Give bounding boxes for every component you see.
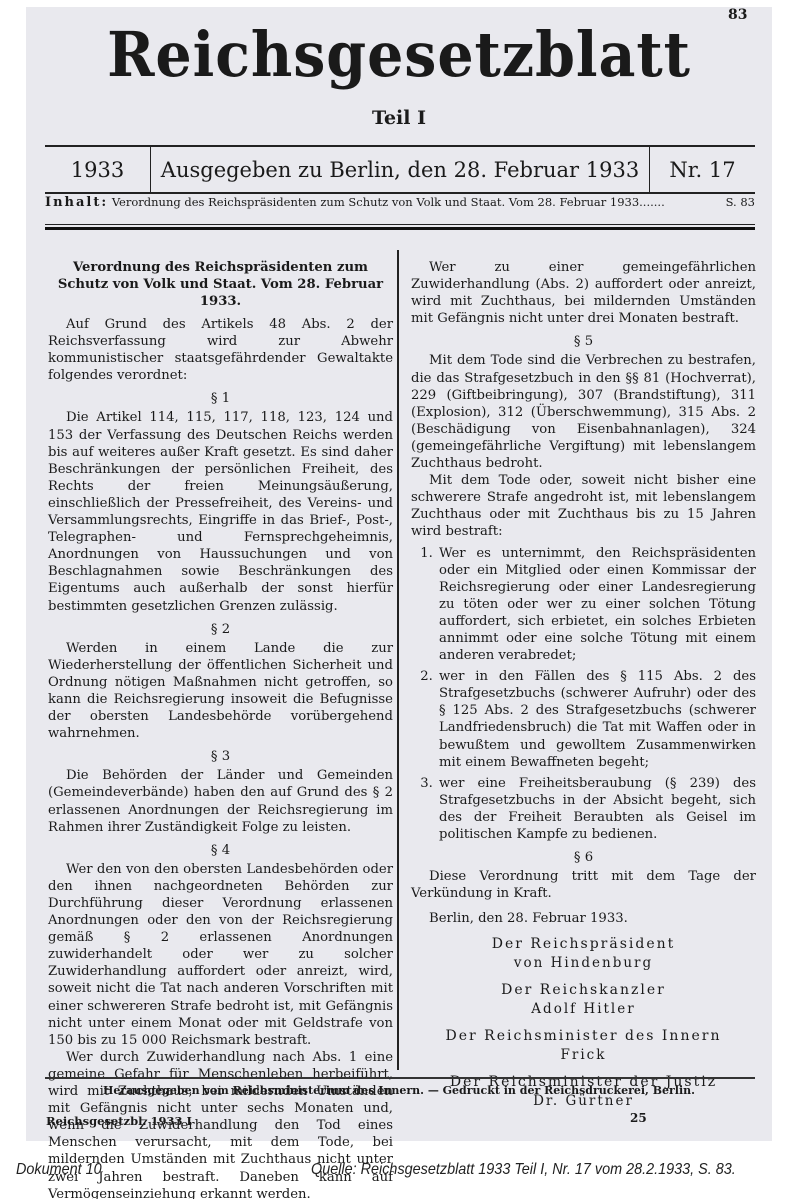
signatory-role: Der Reichskanzler xyxy=(411,981,756,1000)
section-heading: § 5 xyxy=(411,333,756,350)
signatory-name: Adolf Hitler xyxy=(411,1000,756,1019)
signatory-role: Der Reichspräsident xyxy=(411,935,756,954)
masthead: Reichsgesetzblatt xyxy=(56,15,742,95)
issue-year: 1933 xyxy=(45,147,151,192)
source-caption: Quelle: Reichsgesetzblatt 1933 Teil I, N… xyxy=(311,1161,736,1179)
section-paragraph: Die Behörden der Länder und Gemeinden (G… xyxy=(48,767,393,835)
offence-list: Wer es unternimmt, den Reichspräsidenten… xyxy=(411,545,756,844)
contents-page-ref: S. 83 xyxy=(726,195,755,210)
section-heading: § 3 xyxy=(48,748,393,765)
imprint: Herausgegeben vom Reichsministerium des … xyxy=(26,1084,772,1097)
issue-number: Nr. 17 xyxy=(650,147,755,192)
list-item: Wer es unternimmt, den Reichspräsidenten… xyxy=(437,545,756,665)
list-item: wer eine Freiheitsberaubung (§ 239) des … xyxy=(437,775,756,843)
section-paragraph: Die Artikel 114, 115, 117, 118, 123, 124… xyxy=(48,409,393,614)
section-paragraph: Mit dem Tode sind die Verbrechen zu best… xyxy=(411,352,756,472)
footer-rule xyxy=(45,1077,755,1079)
preamble: Auf Grund des Artikels 48 Abs. 2 der Rei… xyxy=(48,316,393,384)
column-divider xyxy=(397,250,399,1070)
decree-title: Verordnung des Reichspräsidenten zum Sch… xyxy=(48,259,393,310)
right-column: Wer zu einer gemeingefährlichen Zuwiderh… xyxy=(411,259,756,1119)
footer-right: 25 xyxy=(630,1111,647,1125)
section-paragraph: Wer zu einer gemeingefährlichen Zuwiderh… xyxy=(411,259,756,327)
section-heading: § 4 xyxy=(48,842,393,859)
document-label: Dokument 10 xyxy=(16,1161,102,1179)
signatory-name: Frick xyxy=(411,1046,756,1065)
contents-entry: Verordnung des Reichspräsidenten zum Sch… xyxy=(112,195,665,209)
signatory-role: Der Reichsminister des Innern xyxy=(411,1027,756,1046)
issue-bar: 1933 Ausgegeben zu Berlin, den 28. Febru… xyxy=(45,145,755,194)
table-of-contents: Inhalt: Verordnung des Reichspräsidenten… xyxy=(45,195,755,210)
section-paragraph: Werden in einem Lande die zur Wiederhers… xyxy=(48,640,393,743)
section-paragraph: Mit dem Tode oder, soweit nicht bisher e… xyxy=(411,472,756,540)
list-item: wer in den Fällen des § 115 Abs. 2 des S… xyxy=(437,668,756,771)
place-date: Berlin, den 28. Februar 1933. xyxy=(429,910,756,927)
section-heading: § 1 xyxy=(48,390,393,407)
footer-left: Reichsgesetzbl. 1933 I xyxy=(46,1114,192,1128)
left-column: Verordnung des Reichspräsidenten zum Sch… xyxy=(48,259,393,1199)
section-heading: § 2 xyxy=(48,621,393,638)
contents-label: Inhalt: xyxy=(45,195,108,210)
section-paragraph: Wer den von den obersten Landesbehörden … xyxy=(48,861,393,1049)
section-paragraph: Diese Verordnung tritt mit dem Tage der … xyxy=(411,868,756,902)
part-label: Teil I xyxy=(26,107,772,129)
scanned-page: 83 Reichsgesetzblatt Teil I 1933 Ausgege… xyxy=(26,7,772,1141)
issue-date: Ausgegeben zu Berlin, den 28. Februar 19… xyxy=(151,147,650,192)
header-rule xyxy=(45,224,755,230)
signatory-name: von Hindenburg xyxy=(411,954,756,973)
section-heading: § 6 xyxy=(411,849,756,866)
